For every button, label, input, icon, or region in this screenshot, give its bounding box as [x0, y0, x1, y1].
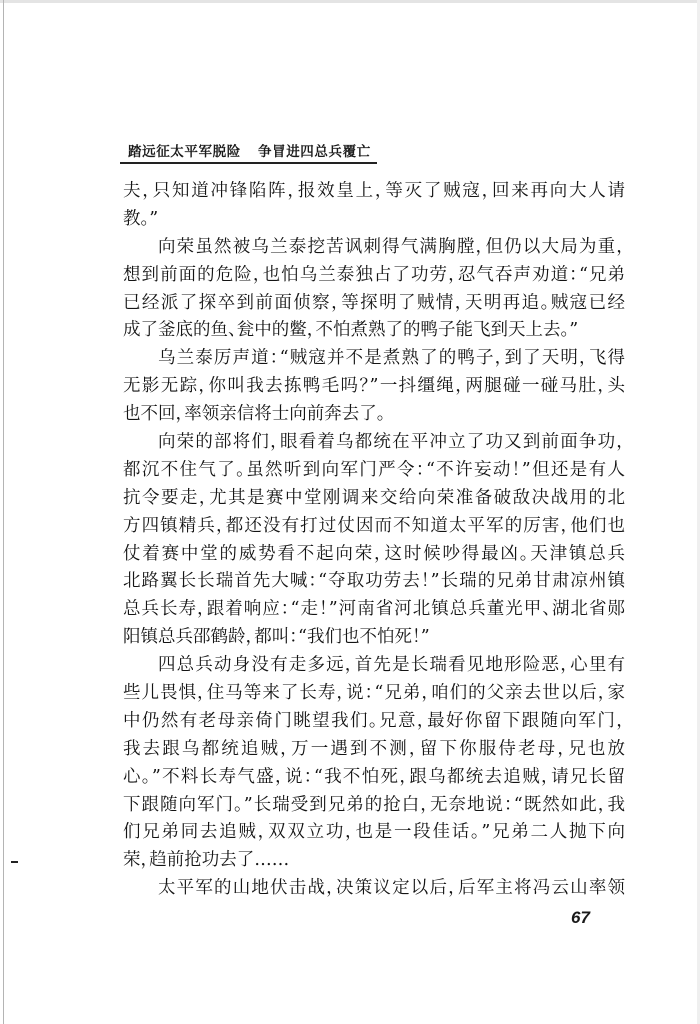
running-head-right: 争冒进四总兵覆亡	[258, 143, 371, 161]
paragraph: 向荣的部将们，眼看着乌都统在平冲立了功又到前面争功， 都沉不住气了。虽然听到向军…	[123, 429, 625, 652]
text-line: 想到前面的危险，也怕乌兰泰独占了功劳，忍气吞声劝道：“兄弟	[123, 262, 625, 290]
paragraph: 向荣虽然被乌兰泰挖苦讽刺得气满胸膛，但仍以大局为重， 想到前面的危险，也怕乌兰泰…	[123, 234, 625, 346]
margin-mark	[11, 861, 18, 863]
text-line: 也不回，率领亲信将士向前奔去了。	[123, 401, 625, 429]
text-line: 夫，只知道冲锋陷阵，报效皇上，等灭了贼寇，回来再向大人请	[123, 178, 625, 206]
text-line: 向荣虽然被乌兰泰挖苦讽刺得气满胸膛，但仍以大局为重，	[123, 234, 625, 262]
paragraph: 四总兵动身没有走多远，首先是长瑞看见地形险恶，心里有 些儿畏惧，住马等来了长寿，…	[123, 652, 625, 875]
text-line: 已经派了探卒到前面侦察，等探明了贼情，天明再追。贼寇已经	[123, 290, 625, 318]
text-line: 荣，趋前抢功去了……	[123, 847, 625, 875]
text-line: 总兵长寿，跟着响应：“走！”河南省河北镇总兵董光甲、湖北省郧	[123, 596, 625, 624]
text-line: 都沉不住气了。虽然听到向军门严令：“不许妄动！”但还是有人	[123, 457, 625, 485]
book-page: 踏远征太平军脱险 争冒进四总兵覆亡 夫，只知道冲锋陷阵，报效皇上，等灭了贼寇，回…	[0, 0, 700, 1024]
text-line: 北路翼长长瑞首先大喊：“夺取功劳去！”长瑞的兄弟甘肃凉州镇	[123, 568, 625, 596]
text-line: 抗令要走，尤其是赛中堂刚调来交给向荣准备破敌决战用的北	[123, 485, 625, 513]
text-line: 心。”不料长寿气盛，说：“我不怕死，跟乌都统去追贼，请兄长留	[123, 764, 625, 792]
running-head-left: 踏远征太平军脱险	[128, 143, 241, 161]
scan-edge-top	[0, 0, 700, 3]
text-line: 们兄弟同去追贼，双双立功，也是一段佳话。”兄弟二人抛下向	[123, 819, 625, 847]
body-text: 夫，只知道冲锋陷阵，报效皇上，等灭了贼寇，回来再向大人请 教。” 向荣虽然被乌兰…	[123, 178, 625, 903]
text-line: 我去跟乌都统追贼，万一遇到不测，留下你服侍老母，兄也放	[123, 736, 625, 764]
text-line: 四总兵动身没有走多远，首先是长瑞看见地形险恶，心里有	[123, 652, 625, 680]
paragraph: 太平军的山地伏击战，决策议定以后，后军主将冯云山率领	[123, 875, 625, 903]
text-line: 教。”	[123, 206, 625, 234]
paragraph: 乌兰泰厉声道：“贼寇并不是煮熟了的鸭子，到了天明，飞得 无影无踪，你叫我去拣鸭毛…	[123, 345, 625, 429]
text-line: 向荣的部将们，眼看着乌都统在平冲立了功又到前面争功，	[123, 429, 625, 457]
text-line: 太平军的山地伏击战，决策议定以后，后军主将冯云山率领	[123, 875, 625, 903]
text-line: 无影无踪，你叫我去拣鸭毛吗？”一抖缰绳，两腿碰一碰马肚，头	[123, 373, 625, 401]
scan-edge-left	[3, 0, 4, 1024]
text-line: 乌兰泰厉声道：“贼寇并不是煮熟了的鸭子，到了天明，飞得	[123, 345, 625, 373]
paragraph: 夫，只知道冲锋陷阵，报效皇上，等灭了贼寇，回来再向大人请 教。”	[123, 178, 625, 234]
running-head-rule	[120, 162, 377, 164]
text-line: 阳镇总兵邵鹤龄，都叫：“我们也不怕死！”	[123, 624, 625, 652]
text-line: 成了釜底的鱼、瓮中的鳖，不怕煮熟了的鸭子能飞到天上去。”	[123, 317, 625, 345]
text-line: 仗着赛中堂的威势看不起向荣，这时候吵得最凶。天津镇总兵	[123, 541, 625, 569]
text-line: 方四镇精兵，都还没有打过仗因而不知道太平军的厉害，他们也	[123, 513, 625, 541]
text-line: 下跟随向军门。”长瑞受到兄弟的抢白，无奈地说：“既然如此，我	[123, 792, 625, 820]
text-line: 中仍然有老母亲倚门眺望我们。兄意，最好你留下跟随向军门，	[123, 708, 625, 736]
page-number: 67	[571, 908, 590, 928]
text-line: 些儿畏惧，住马等来了长寿，说：“兄弟，咱们的父亲去世以后，家	[123, 680, 625, 708]
